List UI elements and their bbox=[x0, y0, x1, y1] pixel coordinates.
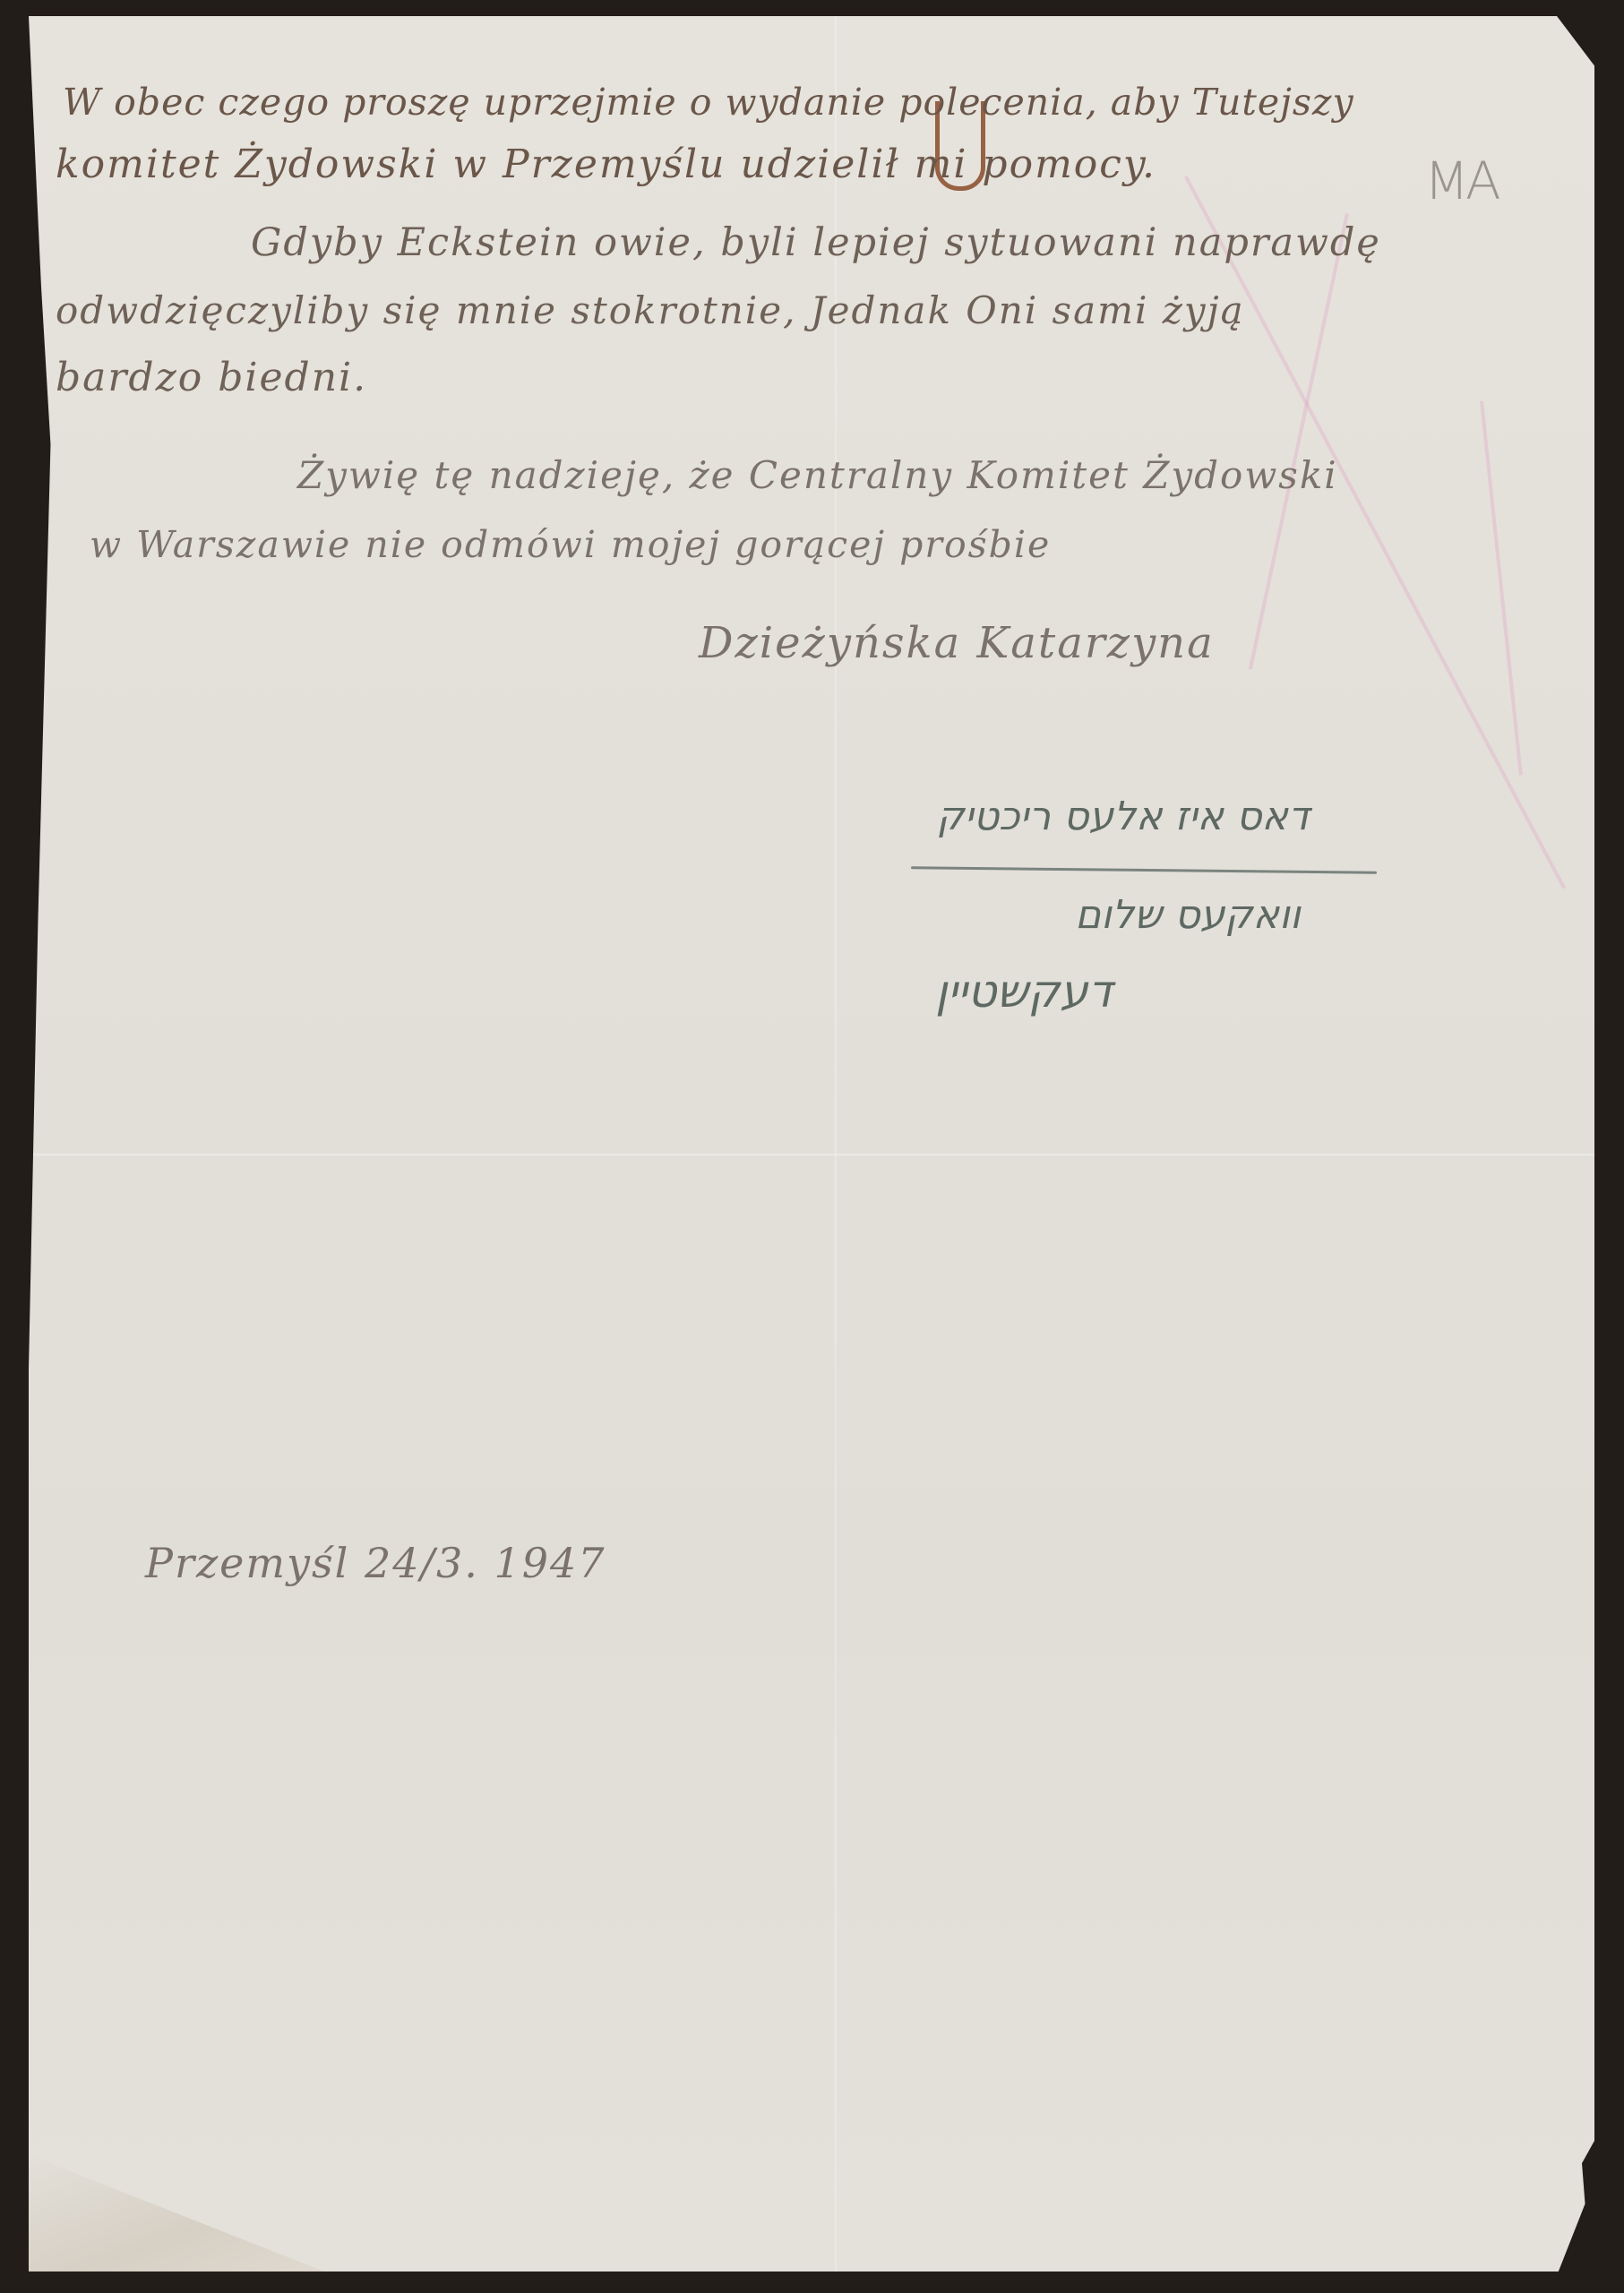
letter-line-3: Gdyby Eckstein owie, byli lepiej sytuowa… bbox=[251, 220, 1381, 265]
letter-line-7: w Warszawie nie odmówi mojej gorącej pro… bbox=[90, 523, 1051, 566]
signature: Dzieżyńska Katarzyna bbox=[699, 618, 1215, 668]
yiddish-note-line-1: דאס איז אלעס ריכטיק bbox=[889, 794, 1310, 839]
yiddish-note-line-2: וואקעס שלום bbox=[1032, 892, 1301, 938]
letter-line-6: Żywię tę nadzieję, że Centralny Komitet … bbox=[297, 453, 1338, 497]
letter-line-2: komitet Żydowski w Przemyślu udzielił mi… bbox=[56, 142, 1156, 187]
letter-paper: MA W obec czego proszę uprzejmie o wydan… bbox=[29, 16, 1594, 2272]
letter-line-4: odwdzięczyliby się mnie stokrotnie, Jedn… bbox=[56, 288, 1245, 332]
folded-corner bbox=[29, 2155, 324, 2272]
horizontal-fold-crease bbox=[29, 1154, 1594, 1155]
pink-crayon-mark bbox=[1249, 213, 1349, 669]
pink-crayon-mark bbox=[1184, 176, 1566, 889]
yiddish-note-line-3: דעקשטיין bbox=[915, 966, 1113, 1018]
pencil-margin-note: MA bbox=[1424, 150, 1498, 211]
vertical-fold-crease bbox=[835, 16, 837, 2272]
place-and-date: Przemyśl 24/3. 1947 bbox=[145, 1539, 606, 1587]
letter-line-5: bardzo biedni. bbox=[56, 355, 367, 400]
letter-line-1: W obec czego proszę uprzejmie o wydanie … bbox=[63, 81, 1354, 124]
yiddish-note-underline bbox=[911, 866, 1377, 873]
pink-crayon-mark bbox=[1480, 401, 1523, 776]
